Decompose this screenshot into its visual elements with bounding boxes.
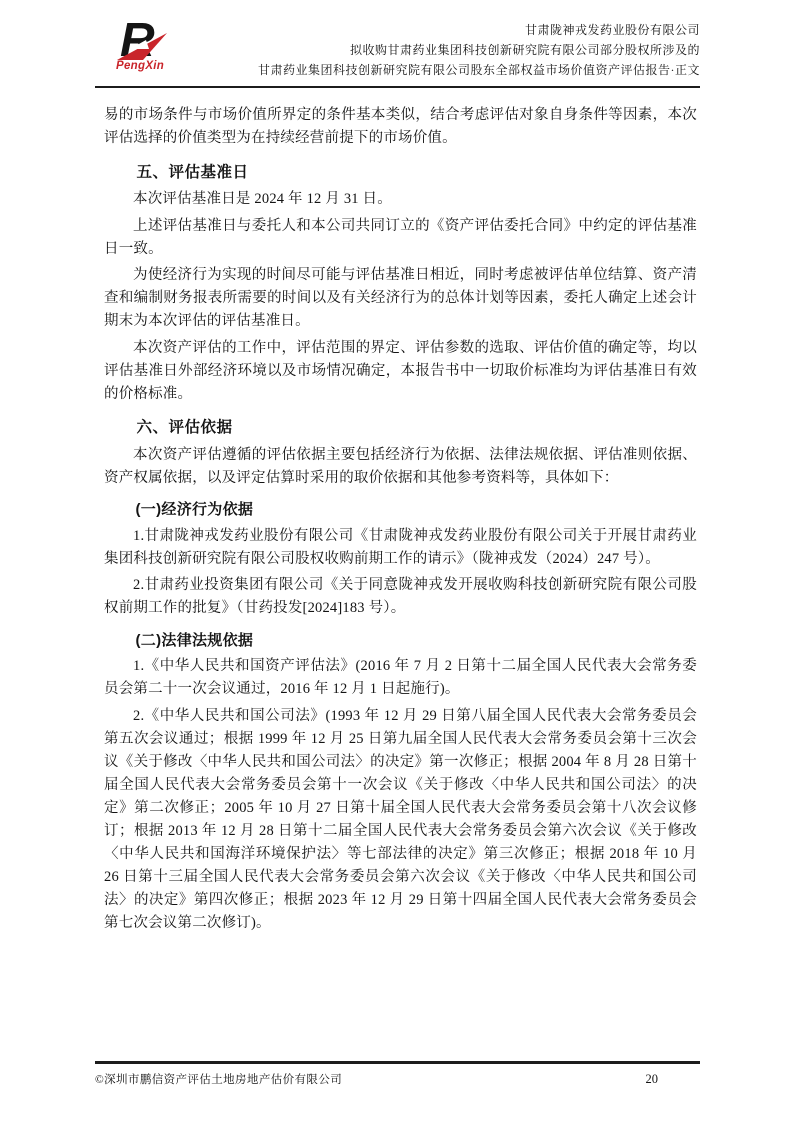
section-6-heading: 六、评估依据 — [104, 416, 697, 439]
body-paragraph: 2.《中华人民共和国公司法》(1993 年 12 月 29 日第八届全国人民代表… — [104, 705, 697, 935]
subsection-2-heading: (二)法律法规依据 — [104, 629, 697, 652]
header-divider — [95, 86, 700, 88]
header-title-block: 甘肃陇神戎发药业股份有限公司 拟收购甘肃药业集团科技创新研究院有限公司部分股权所… — [186, 16, 700, 80]
body-paragraph: 本次资产评估遵循的评估依据主要包括经济行为依据、法律法规依据、评估准则依据、资产… — [104, 444, 697, 490]
header-line-1: 甘肃陇神戎发药业股份有限公司 — [186, 20, 700, 40]
section-5-heading: 五、评估基准日 — [104, 161, 697, 184]
body-paragraph: 1.甘肃陇神戎发药业股份有限公司《甘肃陇神戎发药业股份有限公司关于开展甘肃药业集… — [104, 525, 697, 571]
document-page: R PengXin 甘肃陇神戎发药业股份有限公司 拟收购甘肃药业集团科技创新研究… — [0, 0, 793, 1122]
pengxin-brand-text: PengXin — [116, 60, 186, 72]
body-paragraph: 本次评估基准日是 2024 年 12 月 31 日。 — [104, 188, 697, 211]
footer-row: ©深圳市鹏信资产评估土地房地产估价有限公司 20 — [95, 1071, 700, 1087]
pengxin-logo-icon: R — [116, 16, 170, 62]
body-paragraph: 上述评估基准日与委托人和本公司共同订立的《资产评估委托合同》中约定的评估基准日一… — [104, 215, 697, 261]
page-number: 20 — [646, 1072, 659, 1087]
footer-divider — [95, 1061, 700, 1064]
body-paragraph: 2.甘肃药业投资集团有限公司《关于同意陇神戎发开展收购科技创新研究院有限公司股权… — [104, 574, 697, 620]
document-body: 易的市场条件与市场价值所界定的条件基本类似，结合考虑评估对象自身条件等因素，本次… — [104, 104, 697, 935]
header-line-3: 甘肃药业集团科技创新研究院有限公司股东全部权益市场价值资产评估报告·正文 — [186, 60, 700, 80]
body-paragraph: 1.《中华人民共和国资产评估法》(2016 年 7 月 2 日第十二届全国人民代… — [104, 655, 697, 701]
body-paragraph: 为使经济行为实现的时间尽可能与评估基准日相近，同时考虑被评估单位结算、资产清查和… — [104, 264, 697, 333]
header-line-2: 拟收购甘肃药业集团科技创新研究院有限公司部分股权所涉及的 — [186, 40, 700, 60]
copyright-notice: ©深圳市鹏信资产评估土地房地产估价有限公司 — [95, 1071, 342, 1087]
pengxin-logo: R PengXin — [116, 16, 186, 72]
subsection-1-heading: (一)经济行为依据 — [104, 498, 697, 521]
body-paragraph: 本次资产评估的工作中，评估范围的界定、评估参数的选取、评估价值的确定等，均以评估… — [104, 337, 697, 406]
report-header: R PengXin 甘肃陇神戎发药业股份有限公司 拟收购甘肃药业集团科技创新研究… — [0, 0, 793, 80]
body-paragraph: 易的市场条件与市场价值所界定的条件基本类似，结合考虑评估对象自身条件等因素，本次… — [104, 104, 697, 150]
page-footer: ©深圳市鹏信资产评估土地房地产估价有限公司 20 — [95, 1061, 700, 1087]
